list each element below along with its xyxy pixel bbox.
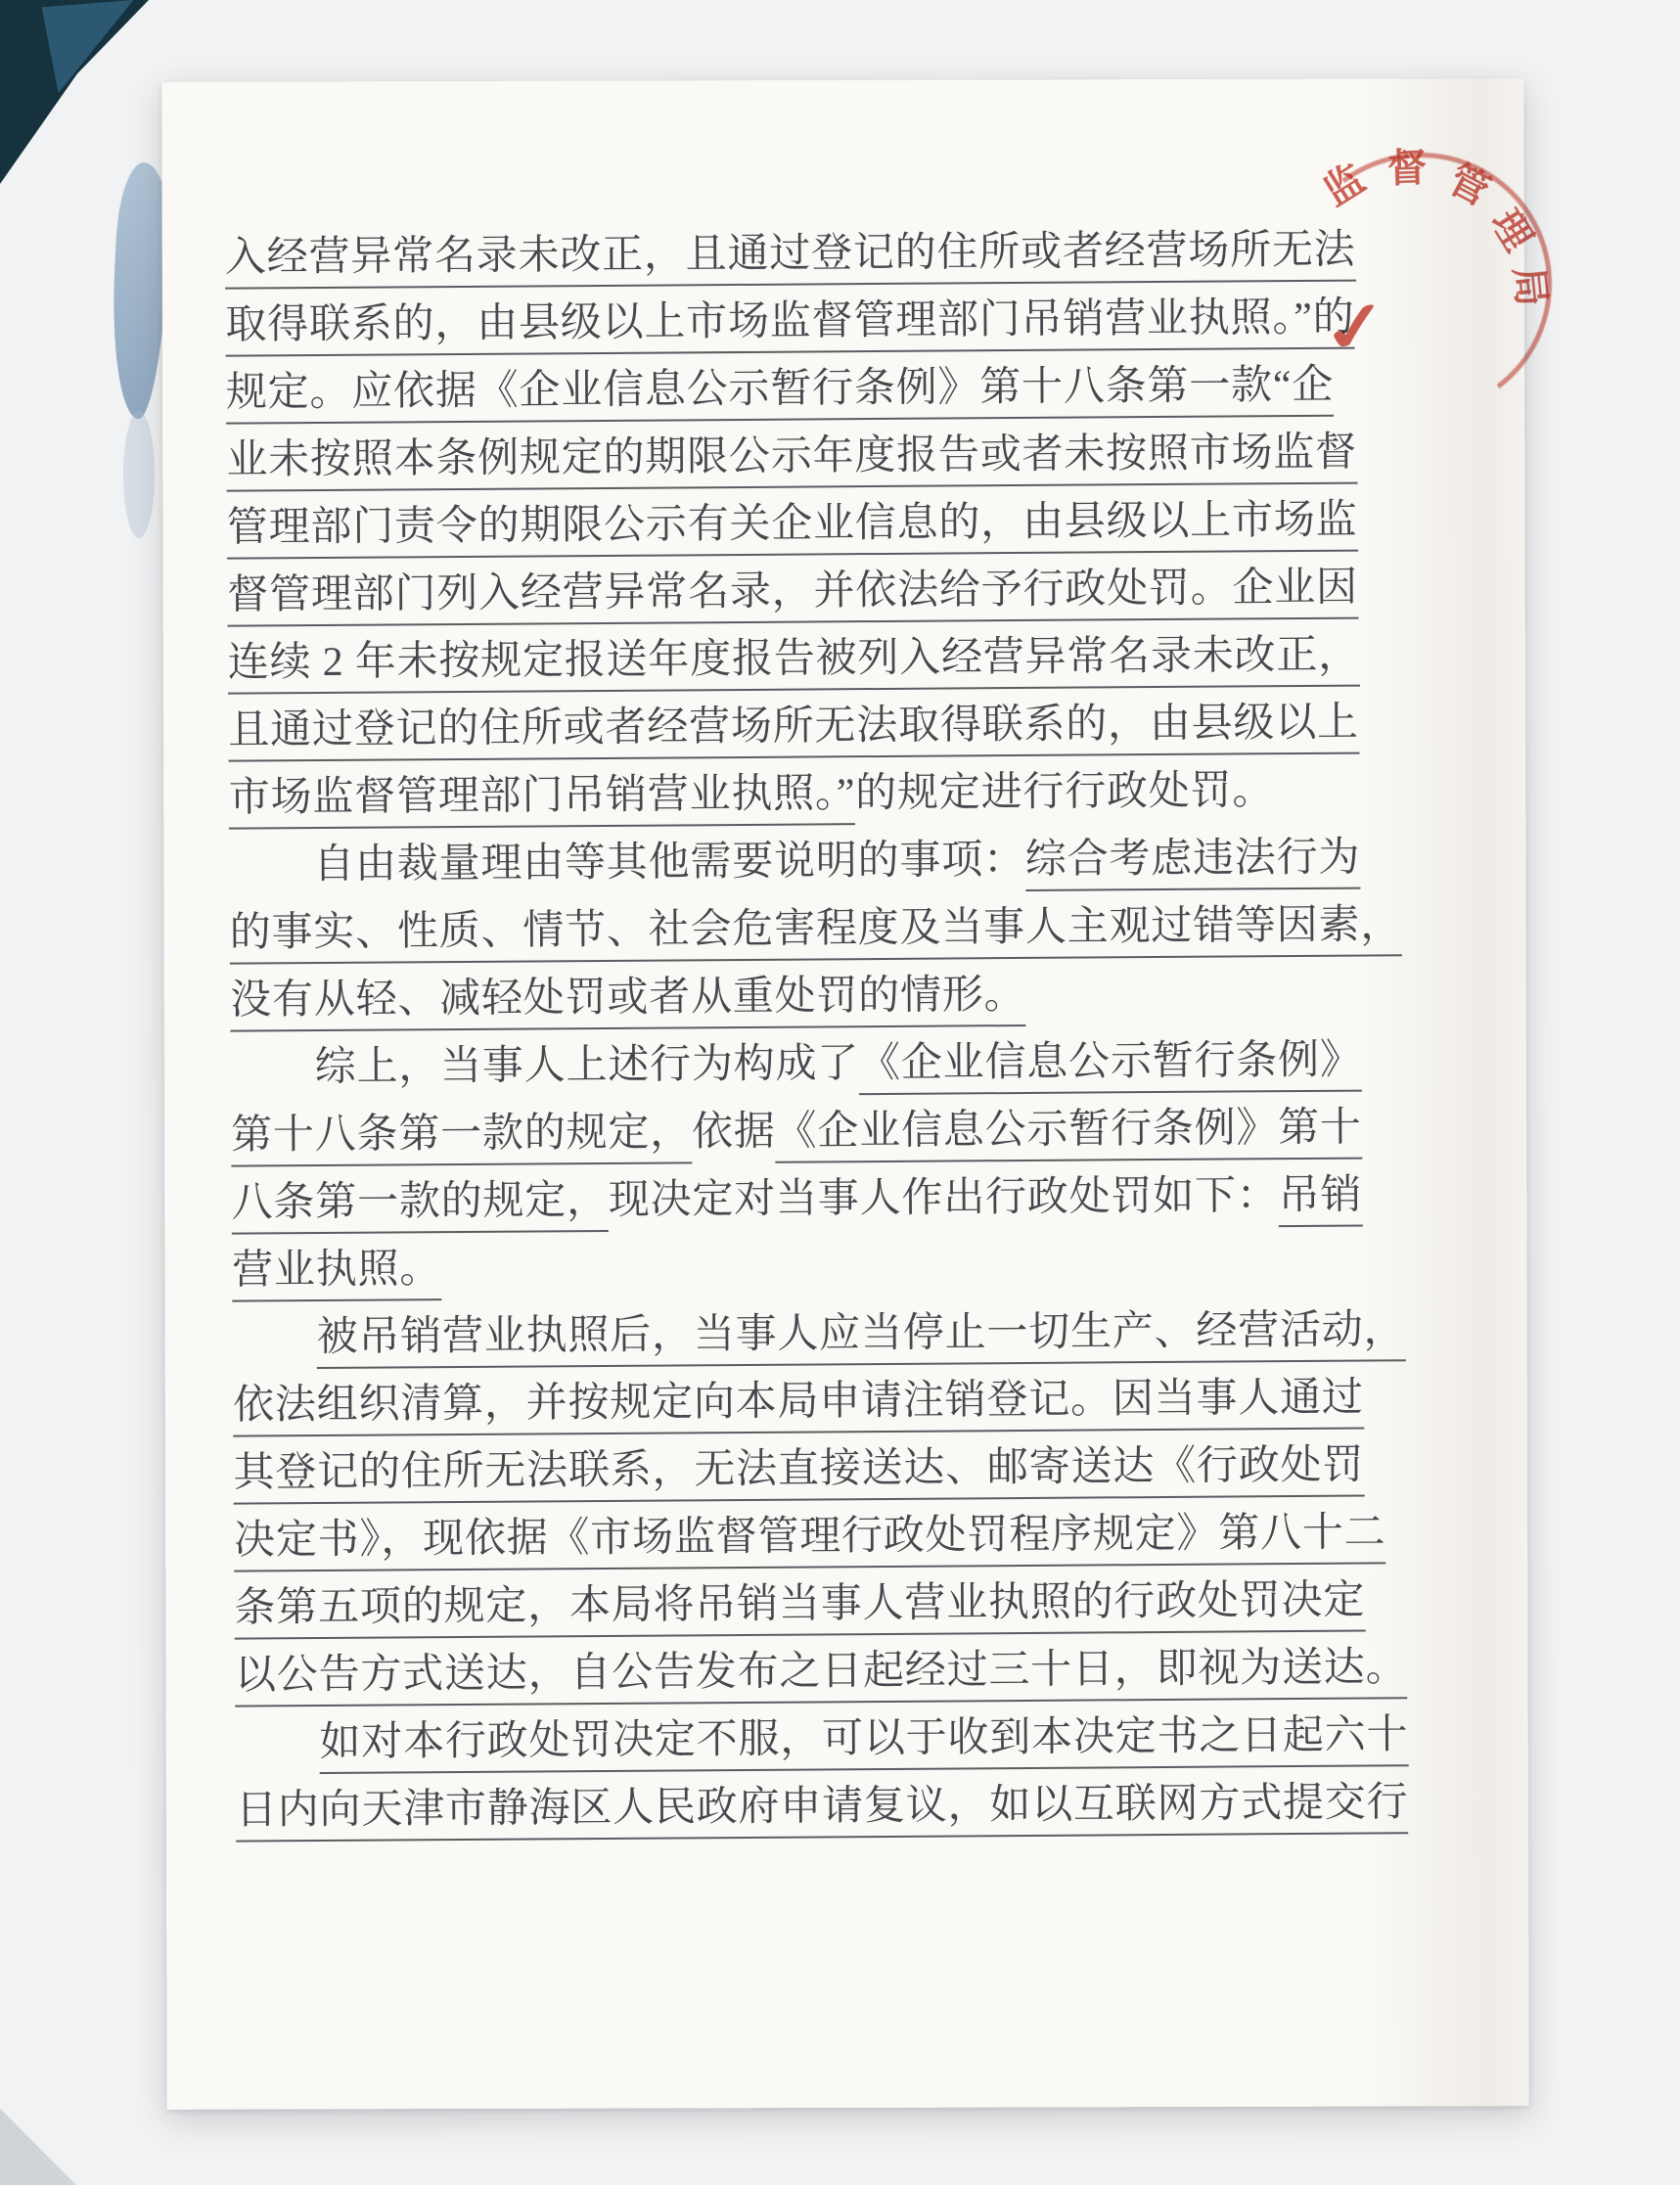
text-segment: 没有从轻、减轻处罚或者从重处罚的情形。 — [230, 973, 1026, 1032]
text-line: 市场监督管理部门吊销营业执照。”的规定进行行政处罚。 — [229, 756, 1423, 833]
text-segment: 其登记的住所无法联系，无法直接送达、邮寄送达《行政处罚 — [233, 1443, 1364, 1505]
text-segment: 规定。应依据《企业信息公示暂行条例》第十八条第一款“企 — [226, 363, 1335, 425]
text-segment: 《企业信息公示暂行条例》 — [859, 1038, 1362, 1096]
text-segment: 取得联系的，由县级以上市场监督管理部门吊销营业执照。”的 — [225, 296, 1354, 357]
text-line: 取得联系的，由县级以上市场监督管理部门吊销营业执照。”的 — [225, 284, 1419, 360]
text-line: 管理部门责令的期限公示有关企业信息的，由县级以上市场监 — [227, 486, 1421, 563]
text-segment: 且通过登记的住所或者经营场所无法取得联系的，由县级以上 — [228, 701, 1359, 762]
text-line: 且通过登记的住所或者经营场所无法取得联系的，由县级以上 — [228, 689, 1422, 765]
text-segment: 吊销 — [1278, 1173, 1362, 1228]
text-segment: 自由裁量理由等其他需要说明的事项： — [313, 838, 1025, 888]
text-line: 的事实、性质、情节、社会危害程度及当事人主观过错等因素， — [229, 891, 1423, 968]
text-segment: 营业执照。 — [232, 1247, 441, 1301]
text-line: 入经营异常名录未改正，且通过登记的住所或者经营场所无法 — [225, 216, 1419, 293]
photo-artifact-bottom-shadow — [0, 2095, 117, 2185]
text-segment: 督管理部门列入经营异常名录，并依法给予行政处罚。企业因 — [227, 566, 1358, 627]
text-segment: 决定书》，现依据《市场监督管理行政处罚程序规定》第八十二 — [234, 1510, 1386, 1571]
text-line: 没有从轻、减轻处罚或者从重处罚的情形。 — [230, 959, 1424, 1035]
text-line: 决定书》，现依据《市场监督管理行政处罚程序规定》第八十二 — [234, 1499, 1428, 1575]
text-segment: 市场监督管理部门吊销营业执照。” — [229, 771, 856, 829]
text-segment: 管理部门责令的期限公示有关企业信息的，由县级以上市场监 — [227, 498, 1358, 560]
text-segment: 依法组织清算，并按规定向本局申请注销登记。因当事人通过 — [233, 1376, 1364, 1437]
text-line: 其登记的住所无法联系，无法直接送达、邮寄送达《行政处罚 — [233, 1432, 1427, 1508]
text-line: 业未按照本条例规定的期限公示年度报告或者未按照市场监督 — [226, 419, 1420, 495]
text-line: 被吊销营业执照后，当事人应当停止一切生产、经营活动， — [232, 1297, 1426, 1373]
text-segment: 条第五项的规定，本局将吊销当事人营业执照的行政处罚决定 — [234, 1578, 1365, 1640]
scanned-photo: 入经营异常名录未改正，且通过登记的住所或者经营场所无法取得联系的，由县级以上市场… — [0, 0, 1680, 2185]
text-line: 综上，当事人上述行为构成了《企业信息公示暂行条例》 — [230, 1026, 1424, 1103]
text-line: 以公告方式送达，自公告发布之日起经过三十日，即视为送达。 — [235, 1634, 1429, 1710]
paper-sheet: 入经营异常名录未改正，且通过登记的住所或者经营场所无法取得联系的，由县级以上市场… — [161, 78, 1528, 2110]
text-line: 如对本行政处罚决定不服，可以于收到本决定书之日起六十 — [235, 1702, 1429, 1778]
text-block: 入经营异常名录未改正，且通过登记的住所或者经营场所无法取得联系的，由县级以上市场… — [225, 216, 1430, 1844]
text-line: 依法组织清算，并按规定向本局申请注销登记。因当事人通过 — [233, 1364, 1427, 1440]
text-line: 条第五项的规定，本局将吊销当事人营业执照的行政处罚决定 — [234, 1567, 1428, 1643]
text-line: 八条第一款的规定，现决定对当事人作出行政处罚如下：吊销 — [231, 1161, 1425, 1238]
text-line: 连续 2 年未按规定报送年度报告被列入经营异常名录未改正， — [228, 621, 1422, 698]
text-segment: 的事实、性质、情节、社会危害程度及当事人主观过错等因素， — [230, 902, 1403, 964]
text-segment: 以公告方式送达，自公告发布之日起经过三十日，即视为送达。 — [235, 1645, 1408, 1707]
photo-artifact-left-streak-faint — [123, 411, 155, 538]
text-segment: 依据 — [692, 1110, 776, 1156]
text-line: 日内向天津市静海区人民政府申请复议，如以互联网方式提交行 — [236, 1769, 1430, 1845]
text-line: 规定。应依据《企业信息公示暂行条例》第十八条第一款“企 — [226, 351, 1420, 428]
text-segment: 现决定对当事人作出行政处罚如下： — [609, 1173, 1279, 1223]
text-line: 督管理部门列入经营异常名录，并依法给予行政处罚。企业因 — [227, 554, 1421, 630]
text-segment: 如对本行政处罚决定不服，可以于收到本决定书之日起六十 — [319, 1712, 1408, 1774]
text-segment: 《企业信息公示暂行条例》第十 — [775, 1106, 1362, 1163]
text-segment: 综上，当事人上述行为构成了 — [315, 1041, 860, 1090]
text-line: 自由裁量理由等其他需要说明的事项：综合考虑违法行为 — [229, 824, 1423, 900]
text-segment: 日内向天津市静海区人民政府申请复议，如以互联网方式提交行 — [236, 1780, 1409, 1842]
text-segment: 被吊销营业执照后，当事人应当停止一切生产、经营活动， — [316, 1307, 1405, 1369]
text-line: 第十八条第一款的规定，依据《企业信息公示暂行条例》第十 — [231, 1094, 1425, 1170]
text-segment: 综合考虑违法行为 — [1025, 836, 1361, 891]
text-line: 营业执照。 — [232, 1229, 1426, 1305]
text-segment: 第十八条第一款的规定， — [231, 1110, 692, 1166]
text-segment: 业未按照本条例规定的期限公示年度报告或者未按照市场监督 — [226, 431, 1357, 492]
text-segment: 入经营异常名录未改正，且通过登记的住所或者经营场所无法 — [225, 228, 1356, 290]
text-segment: 八条第一款的规定， — [231, 1178, 609, 1235]
text-segment: 连续 2 年未按规定报送年度报告被列入经营异常名录未改正， — [228, 633, 1361, 695]
text-segment: 的规定进行行政处罚。 — [855, 768, 1274, 816]
